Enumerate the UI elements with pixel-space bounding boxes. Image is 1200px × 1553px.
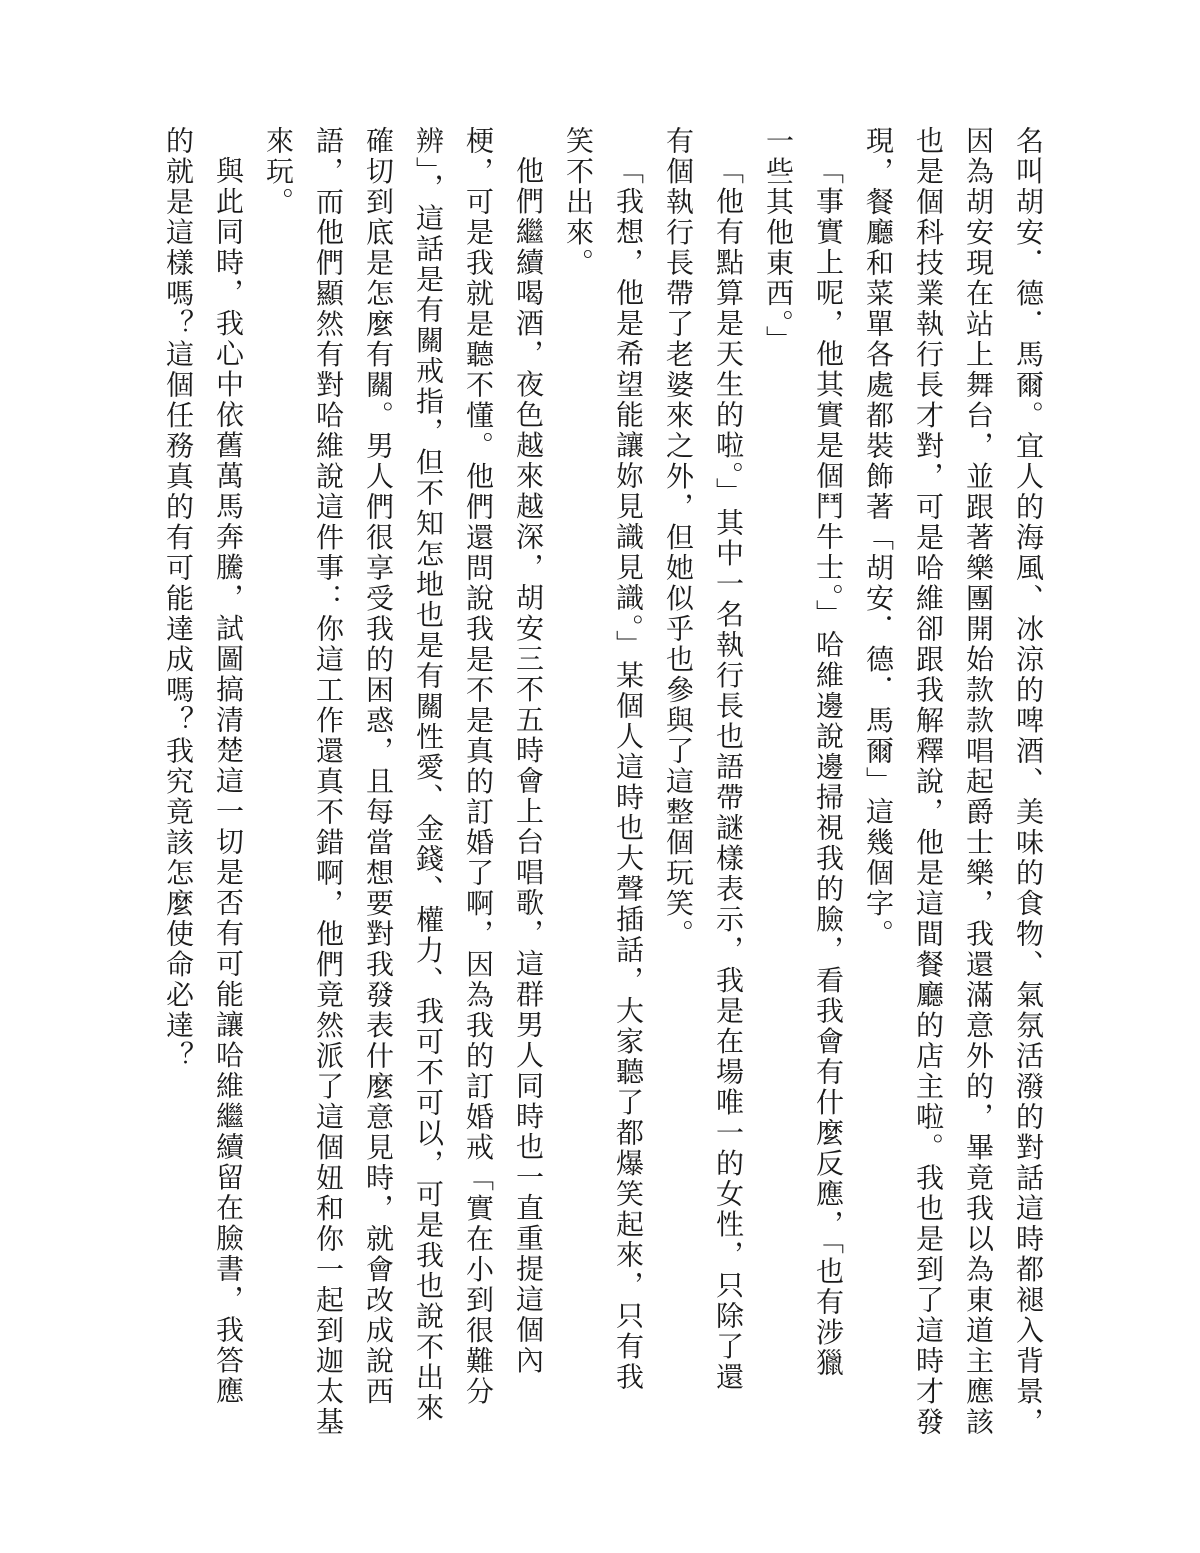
text-column-7: 「他有點算是天生的啦。」其中一名執行長也語帶謎樣表示，我是在場唯一的女性，只除了… <box>703 126 753 1446</box>
text-column-14: 確切到底是怎麼有關。男人們很享受我的困惑，且每當想要對我發表什麼意見時，就會改成… <box>353 126 403 1446</box>
text-column-1: 名叫胡安．德．馬爾。宜人的海風、冰涼的啤酒、美味的食物、氣氛活潑的對話這時都褪入… <box>1003 126 1053 1446</box>
text-column-13: 辨」，這話是有關戒指，但不知怎地也是有關性愛、金錢、權力、我可不可以，可是我也說… <box>403 126 453 1446</box>
text-column-11: 他們繼續喝酒，夜色越來越深，胡安三不五時會上台唱歌，這群男人同時也一直重提這個內 <box>503 126 553 1446</box>
text-column-4: 現，餐廳和菜單各處都裝飾著「胡安．德．馬爾」這幾個字。 <box>853 126 903 1446</box>
text-column-5: 「事實上呢，他其實是個鬥牛士。」哈維邊說邊掃視我的臉，看我會有什麼反應，「也有涉… <box>803 126 853 1446</box>
text-column-3: 也是個科技業執行長才對，可是哈維卻跟我解釋說，他是這間餐廳的店主啦。我也是到了這… <box>903 126 953 1446</box>
text-column-10: 笑不出來。 <box>553 126 603 1446</box>
text-column-8: 有個執行長帶了老婆來之外，但她似乎也參與了這整個玩笑。 <box>653 126 703 1446</box>
text-column-16: 來玩。 <box>253 126 303 1446</box>
text-column-15: 語，而他們顯然有對哈維說這件事：你這工作還真不錯啊，他們竟然派了這個妞和你一起到… <box>303 126 353 1446</box>
text-column-2: 因為胡安現在站上舞台，並跟著樂團開始款款唱起爵士樂，我還滿意外的，畢竟我以為東道… <box>953 126 1003 1446</box>
book-page: 名叫胡安．德．馬爾。宜人的海風、冰涼的啤酒、美味的食物、氣氛活潑的對話這時都褪入… <box>0 0 1200 1553</box>
text-column-12: 梗，可是我就是聽不懂。他們還問說我是不是真的訂婚了啊，因為我的訂婚戒「實在小到很… <box>453 126 503 1446</box>
text-column-17: 與此同時，我心中依舊萬馬奔騰，試圖搞清楚這一切是否有可能讓哈維繼續留在臉書，我答… <box>203 126 253 1446</box>
text-column-18: 的就是這樣嗎？這個任務真的有可能達成嗎？我究竟該怎麼使命必達？ <box>153 126 203 1446</box>
text-column-9: 「我想，他是希望能讓妳見識見識。」某個人這時也大聲插話，大家聽了都爆笑起來，只有… <box>603 126 653 1446</box>
text-column-6: 一些其他東西。」 <box>753 126 803 1446</box>
vertical-text-block: 名叫胡安．德．馬爾。宜人的海風、冰涼的啤酒、美味的食物、氣氛活潑的對話這時都褪入… <box>153 126 1053 1446</box>
